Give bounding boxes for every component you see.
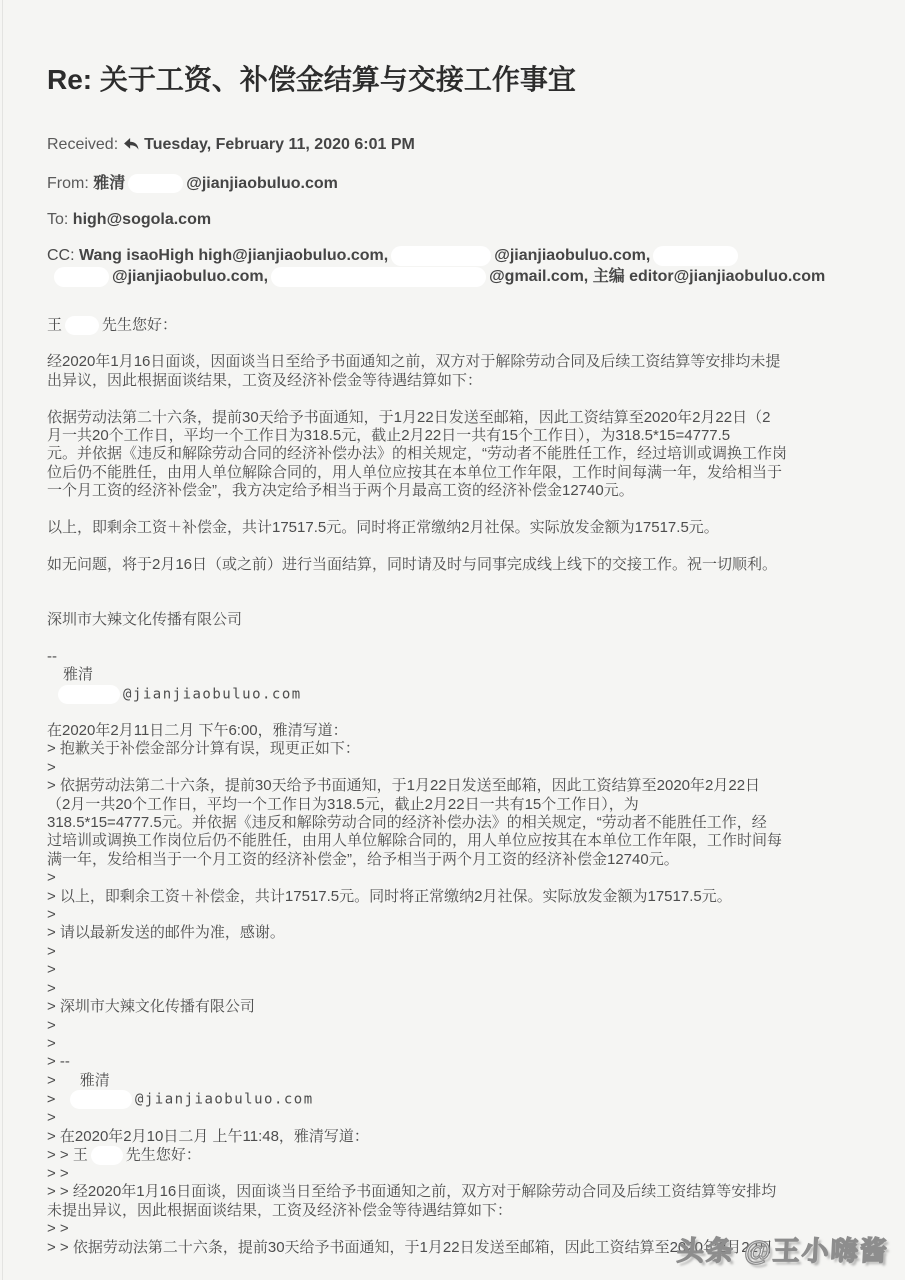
redaction-box: [271, 267, 486, 287]
text-line: [47, 593, 863, 611]
text-segment: > > 依据劳动法第二十六条，提前30天给予书面通知，于1月22日发送至邮箱，因…: [47, 1239, 773, 1256]
to-row: To: high@sogola.com: [47, 209, 863, 230]
text-segment: @jianjiaobuluo.com: [135, 1092, 314, 1108]
text-line: >: [47, 943, 863, 961]
text-line: --: [47, 648, 863, 666]
text-line: >: [47, 980, 863, 998]
text-line: 月一共20个工作日，平均一个工作日为318.5元，截止2月22日一共有15个工作…: [47, 427, 863, 445]
from-domain: @jianjiaobuluo.com: [186, 175, 338, 192]
text-line: 王先生您好：: [47, 316, 863, 335]
text-line: > > 经2020年1月16日面谈，因面谈当日至给予书面通知之前，双方对于解除劳…: [47, 1183, 863, 1201]
text-segment: 依据劳动法第二十六条，提前30天给予书面通知，于1月22日发送至邮箱，因此工资结…: [47, 409, 770, 426]
screen-edge-line: [2, 0, 3, 1280]
text-line: [47, 574, 863, 592]
text-segment: >: [47, 1072, 56, 1089]
from-row: From: 雅清@jianjiaobuluo.com: [47, 173, 863, 194]
text-line: >: [47, 961, 863, 979]
text-segment: @gmail.com, 主编 editor@jianjiaobuluo.com: [489, 268, 825, 285]
text-segment: >: [47, 943, 56, 960]
text-segment: 过培训或调换工作岗位后仍不能胜任，由用人单位解除合同的，用人单位应按其在本单位工…: [47, 832, 782, 849]
redaction-box: [54, 267, 109, 287]
from-label: From:: [47, 175, 89, 192]
text-segment: >: [47, 906, 56, 923]
text-segment: > --: [47, 1053, 70, 1070]
email-subject: Re: 关于工资、补偿金结算与交接工作事宜: [47, 62, 863, 98]
email-header-meta: Received:Tuesday, February 11, 2020 6:01…: [47, 134, 863, 287]
text-segment: 王: [47, 316, 62, 333]
text-segment: > 在2020年2月10日二月 上午11:48，雅清写道：: [47, 1128, 369, 1145]
text-line: >: [47, 1035, 863, 1053]
redaction-box: [128, 174, 183, 193]
text-segment: @jianjiaobuluo.com,: [112, 268, 268, 285]
text-line: 经2020年1月16日面谈，因面谈当日至给予书面通知之前，双方对于解除劳动合同及…: [47, 353, 863, 371]
text-segment: > 请以最新发送的邮件为准，感谢。: [47, 924, 285, 941]
text-segment: >: [47, 1092, 57, 1108]
text-segment: --: [47, 648, 57, 665]
redaction-box: [91, 1146, 123, 1165]
text-line: >: [47, 759, 863, 777]
text-line: >雅清: [47, 1072, 863, 1090]
text-line: 如无问题，将于2月16日（或之前）进行当面结算，同时请及时与同事完成线上线下的交…: [47, 556, 863, 574]
text-line: 一个月工资的经济补偿金”，我方决定给予相当于两个月最高工资的经济补偿金12740…: [47, 482, 863, 500]
text-segment: >: [47, 1035, 56, 1052]
text-segment: 先生您好：: [102, 316, 177, 333]
text-line: 依据劳动法第二十六条，提前30天给予书面通知，于1月22日发送至邮箱，因此工资结…: [47, 409, 863, 427]
cc-lines: CC: Wang isaoHigh high@jianjiaobuluo.com…: [47, 245, 863, 287]
text-line: 以上，即剩余工资＋补偿金，共计17517.5元。同时将正常缴纳2月社保。实际放发…: [47, 519, 863, 537]
text-line: 过培训或调换工作岗位后仍不能胜任，由用人单位解除合同的，用人单位应按其在本单位工…: [47, 832, 863, 850]
text-segment: 如无问题，将于2月16日（或之前）进行当面结算，同时请及时与同事完成线上线下的交…: [47, 556, 777, 573]
text-segment: 先生您好：: [126, 1146, 201, 1163]
text-line: [47, 537, 863, 555]
text-line: 在2020年2月11日二月 下午6:00，雅清写道：: [47, 722, 863, 740]
text-line: [47, 390, 863, 408]
text-segment: > 以上，即剩余工资＋补偿金，共计17517.5元。同时将正常缴纳2月社保。实际…: [47, 888, 732, 905]
text-segment: 元。并依据《违反和解除劳动合同的经济补偿办法》的相关规定，“劳动者不能胜任工作，…: [47, 445, 787, 462]
redaction-box: [391, 246, 491, 266]
redaction-box: [65, 316, 99, 335]
text-segment: 雅清: [80, 1072, 110, 1089]
text-line: CC: Wang isaoHigh high@jianjiaobuluo.com…: [47, 245, 863, 266]
text-segment: > > 王: [47, 1146, 88, 1163]
text-segment: Wang isaoHigh high@jianjiaobuluo.com,: [79, 247, 388, 264]
text-segment: > 抱歉关于补偿金部分计算有误，现更正如下：: [47, 740, 360, 757]
text-line: [47, 501, 863, 519]
text-line: > --: [47, 1053, 863, 1071]
text-segment: > 依据劳动法第二十六条，提前30天给予书面通知，于1月22日发送至邮箱，因此工…: [47, 777, 760, 794]
text-segment: >: [47, 1017, 56, 1034]
text-segment: 以上，即剩余工资＋补偿金，共计17517.5元。同时将正常缴纳2月社保。实际放发…: [47, 519, 719, 536]
redaction-box: [653, 246, 738, 266]
text-segment: 雅清: [63, 666, 93, 683]
email-body: 王先生您好：经2020年1月16日面谈，因面谈当日至给予书面通知之前，双方对于解…: [47, 316, 863, 1257]
text-segment: 在2020年2月11日二月 下午6:00，雅清写道：: [47, 722, 348, 739]
text-line: > 以上，即剩余工资＋补偿金，共计17517.5元。同时将正常缴纳2月社保。实际…: [47, 888, 863, 906]
redaction-box: [70, 1090, 132, 1109]
text-line: > > 王先生您好：: [47, 1146, 863, 1165]
text-segment: >: [47, 759, 56, 776]
text-line: >: [47, 1109, 863, 1127]
text-segment: CC:: [47, 247, 79, 264]
from-name: 雅清: [93, 175, 125, 192]
text-line: [47, 704, 863, 722]
text-line: > 在2020年2月10日二月 上午11:48，雅清写道：: [47, 1128, 863, 1146]
text-line: >: [47, 1017, 863, 1035]
reply-arrow-icon: [122, 135, 139, 158]
text-line: 元。并依据《违反和解除劳动合同的经济补偿办法》的相关规定，“劳动者不能胜任工作，…: [47, 445, 863, 463]
redaction-box: [58, 685, 120, 704]
text-line: @jianjiaobuluo.com,@gmail.com, 主编 editor…: [47, 266, 863, 287]
text-segment: >: [47, 1109, 56, 1126]
watermark: 头条 @王小嗨酱: [676, 1229, 890, 1268]
text-segment: >: [47, 980, 56, 997]
text-segment: 一个月工资的经济补偿金”，我方决定给予相当于两个月最高工资的经济补偿金12740…: [47, 482, 634, 499]
text-line: > 请以最新发送的邮件为准，感谢。: [47, 924, 863, 942]
text-segment: 深圳市大辣文化传播有限公司: [47, 611, 242, 628]
text-line: > 深圳市大辣文化传播有限公司: [47, 998, 863, 1016]
received-value: Tuesday, February 11, 2020 6:01 PM: [144, 136, 415, 153]
text-segment: > > 经2020年1月16日面谈，因面谈当日至给予书面通知之前，双方对于解除劳…: [47, 1183, 776, 1200]
text-line: > 抱歉关于补偿金部分计算有误，现更正如下：: [47, 740, 863, 758]
text-line: 满一年，发给相当于一个月工资的经济补偿金”，给予相当于两个月工资的经济补偿金12…: [47, 851, 863, 869]
cc-row: CC: Wang isaoHigh high@jianjiaobuluo.com…: [47, 245, 863, 287]
to-value: high@sogola.com: [73, 211, 211, 228]
text-segment: 月一共20个工作日，平均一个工作日为318.5元，截止2月22日一共有15个工作…: [47, 427, 730, 444]
text-segment: @jianjiaobuluo.com: [123, 686, 302, 702]
to-label: To:: [47, 211, 68, 228]
text-segment: 经2020年1月16日面谈，因面谈当日至给予书面通知之前，双方对于解除劳动合同及…: [47, 353, 780, 370]
email-message: Re: 关于工资、补偿金结算与交接工作事宜 Received:Tuesday, …: [0, 0, 905, 1257]
text-line: [47, 335, 863, 353]
text-segment: >: [47, 869, 56, 886]
text-line: >@jianjiaobuluo.com: [47, 1090, 863, 1109]
text-segment: > 深圳市大辣文化传播有限公司: [47, 998, 255, 1015]
text-segment: 未提出异议，因此根据面谈结果，工资及经济补偿金等待遇结算如下：: [47, 1202, 512, 1219]
text-segment: @jianjiaobuluo.com,: [494, 247, 650, 264]
text-line: 深圳市大辣文化传播有限公司: [47, 611, 863, 629]
text-segment: > >: [47, 1165, 69, 1182]
text-line: 318.5*15=4777.5元。并依据《违反和解除劳动合同的经济补偿办法》的相…: [47, 814, 863, 832]
text-segment: （2月一共20个工作日，平均一个工作日为318.5元，截止2月22日一共有15个…: [47, 796, 639, 813]
text-segment: 318.5*15=4777.5元。并依据《违反和解除劳动合同的经济补偿办法》的相…: [47, 814, 767, 831]
text-segment: 位后仍不能胜任，由用人单位解除合同的，用人单位应按其在本单位工作年限，工作时间每…: [47, 464, 782, 481]
text-line: 位后仍不能胜任，由用人单位解除合同的，用人单位应按其在本单位工作年限，工作时间每…: [47, 464, 863, 482]
text-segment: 出异议，因此根据面谈结果，工资及经济补偿金等待遇结算如下：: [47, 372, 482, 389]
text-line: 雅清: [47, 666, 863, 684]
text-line: @jianjiaobuluo.com: [47, 685, 863, 704]
text-line: [47, 629, 863, 647]
text-segment: > >: [47, 1220, 69, 1237]
text-line: > 依据劳动法第二十六条，提前30天给予书面通知，于1月22日发送至邮箱，因此工…: [47, 777, 863, 795]
text-segment: 满一年，发给相当于一个月工资的经济补偿金”，给予相当于两个月工资的经济补偿金12…: [47, 851, 679, 868]
text-line: 出异议，因此根据面谈结果，工资及经济补偿金等待遇结算如下：: [47, 372, 863, 390]
text-line: >: [47, 906, 863, 924]
received-label: Received:: [47, 136, 118, 153]
text-segment: >: [47, 961, 56, 978]
text-line: （2月一共20个工作日，平均一个工作日为318.5元，截止2月22日一共有15个…: [47, 796, 863, 814]
text-line: > >: [47, 1165, 863, 1183]
text-line: >: [47, 869, 863, 887]
received-row: Received:Tuesday, February 11, 2020 6:01…: [47, 134, 863, 158]
text-line: 未提出异议，因此根据面谈结果，工资及经济补偿金等待遇结算如下：: [47, 1202, 863, 1220]
